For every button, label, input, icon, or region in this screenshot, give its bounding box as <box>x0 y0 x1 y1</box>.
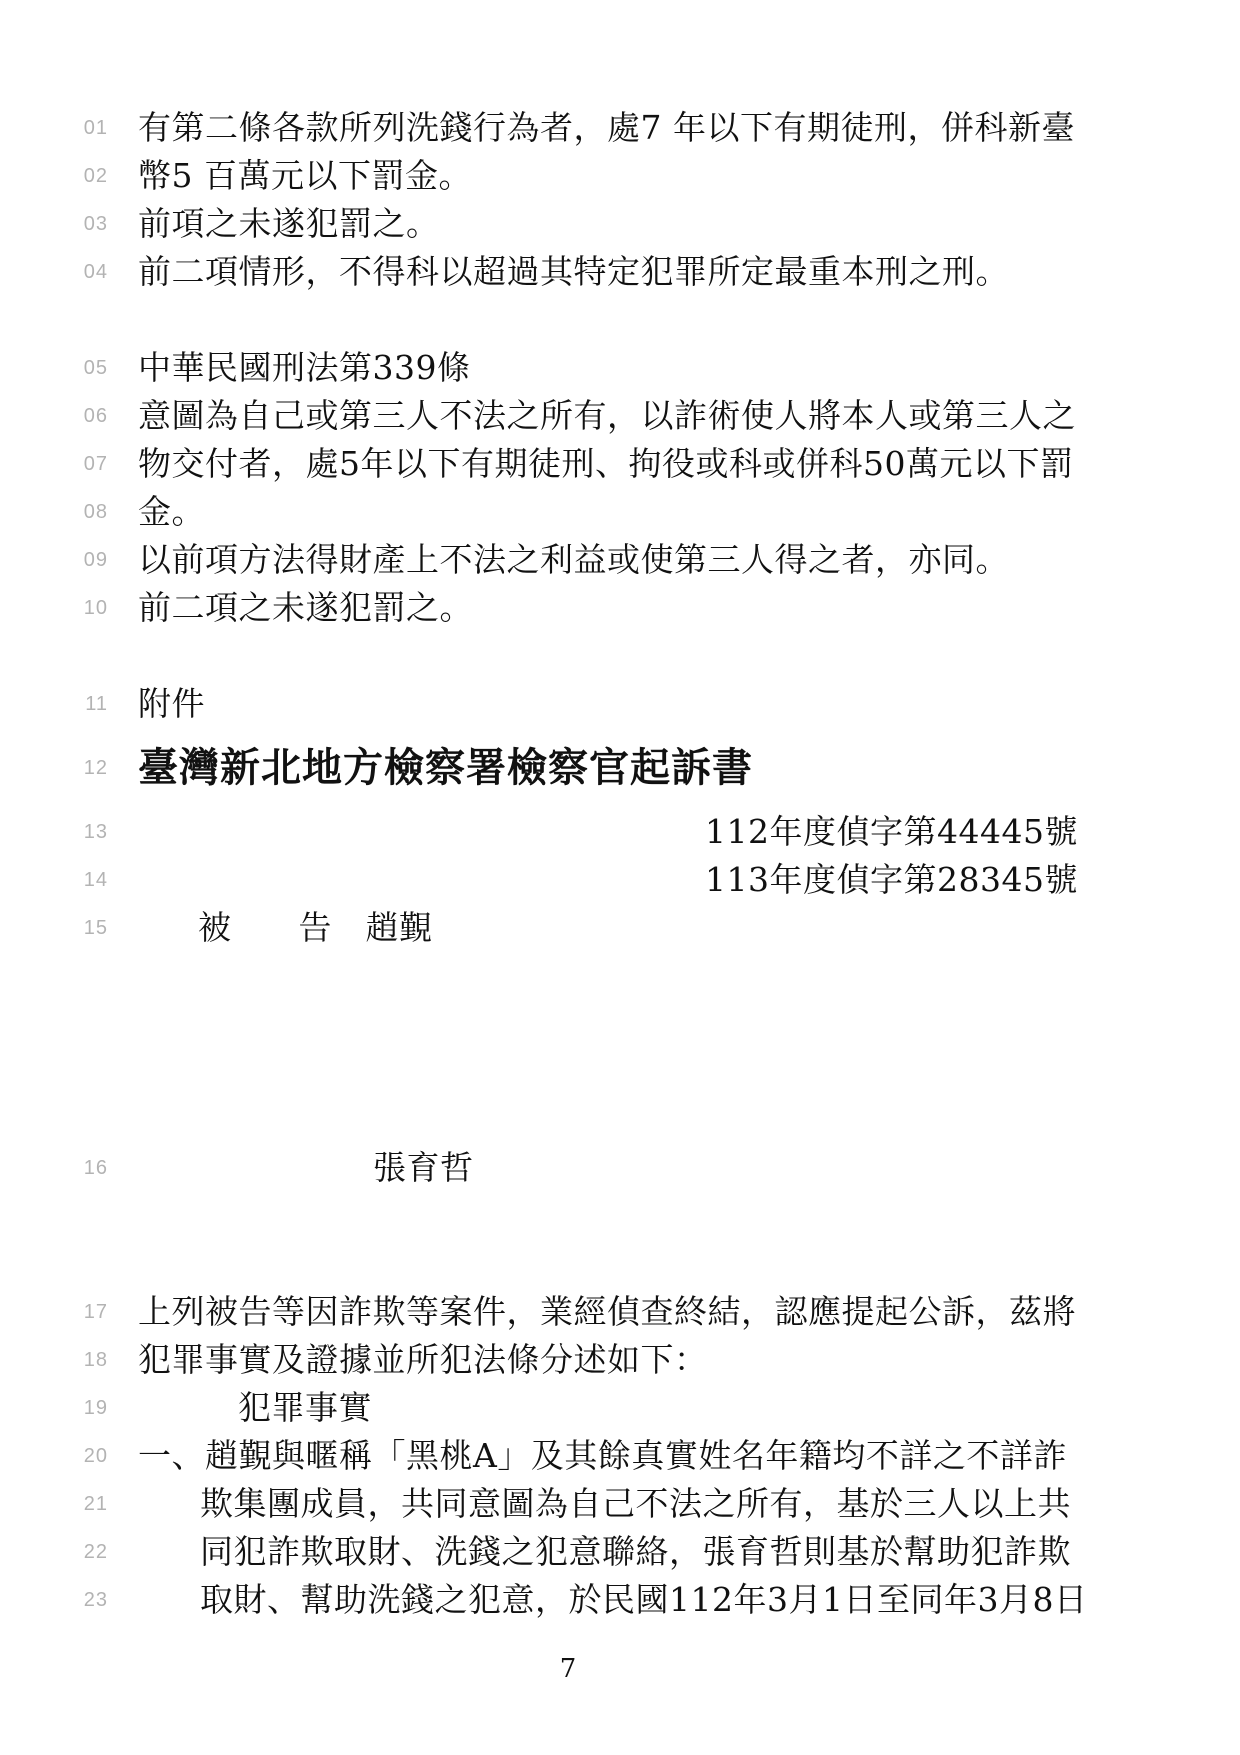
blank-line <box>0 1048 1240 1096</box>
line-text: 前項之未遂犯罰之。 <box>138 200 1078 248</box>
line-number: 09 <box>0 549 108 572</box>
document-line: 09以前項方法得財產上不法之利益或使第三人得之者，亦同。 <box>0 536 1240 584</box>
line-number: 11 <box>0 693 108 716</box>
line-number: 04 <box>0 261 108 284</box>
document-line: 11附件 <box>0 680 1240 728</box>
blank-line <box>0 296 1240 344</box>
line-number: 16 <box>0 1157 108 1180</box>
line-number: 14 <box>0 869 108 892</box>
line-number: 17 <box>0 1301 108 1324</box>
line-text: 上列被告等因詐欺等案件，業經偵查終結，認應提起公訴，茲將 <box>138 1288 1078 1336</box>
line-number: 10 <box>0 597 108 620</box>
line-number: 12 <box>0 757 108 780</box>
document-line: 16張育哲 <box>0 1144 1240 1192</box>
line-text: 中華民國刑法第339條 <box>138 344 1078 392</box>
line-text: 物交付者，處5年以下有期徒刑、拘役或科或併科50萬元以下罰 <box>138 440 1078 488</box>
line-text: 前二項之未遂犯罰之。 <box>138 584 1078 632</box>
line-text: 幣5 百萬元以下罰金。 <box>138 152 1078 200</box>
line-text: 有第二條各款所列洗錢行為者，處7 年以下有期徒刑，併科新臺 <box>138 104 1078 152</box>
document-line: 17上列被告等因詐欺等案件，業經偵查終結，認應提起公訴，茲將 <box>0 1288 1240 1336</box>
line-text: 臺灣新北地方檢察署檢察官起訴書 <box>138 728 1078 808</box>
document-line: 07物交付者，處5年以下有期徒刑、拘役或科或併科50萬元以下罰 <box>0 440 1240 488</box>
document-line: 15被 告 趙覲 <box>0 904 1240 952</box>
document-line: 01有第二條各款所列洗錢行為者，處7 年以下有期徒刑，併科新臺 <box>0 104 1240 152</box>
document-line: 08金。 <box>0 488 1240 536</box>
document-line: 03前項之未遂犯罰之。 <box>0 200 1240 248</box>
line-text: 被 告 趙覲 <box>138 904 1078 952</box>
document-line: 20一、趙覲與暱稱「黑桃A」及其餘真實姓名年籍均不詳之不詳詐 <box>0 1432 1240 1480</box>
line-number: 06 <box>0 405 108 428</box>
line-text: 113年度偵字第28345號 <box>138 856 1078 904</box>
line-text: 張育哲 <box>138 1144 1078 1192</box>
line-text: 112年度偵字第44445號 <box>138 808 1078 856</box>
line-number: 21 <box>0 1493 108 1516</box>
document-line: 18犯罪事實及證據並所犯法條分述如下： <box>0 1336 1240 1384</box>
blank-line <box>0 632 1240 680</box>
line-number: 01 <box>0 117 108 140</box>
line-number: 23 <box>0 1589 108 1612</box>
line-text: 同犯詐欺取財、洗錢之犯意聯絡，張育哲則基於幫助犯詐欺 <box>138 1528 1078 1576</box>
document-line: 22同犯詐欺取財、洗錢之犯意聯絡，張育哲則基於幫助犯詐欺 <box>0 1528 1240 1576</box>
blank-line <box>0 1096 1240 1144</box>
document-line: 14113年度偵字第28345號 <box>0 856 1240 904</box>
line-text: 金。 <box>138 488 1078 536</box>
line-number: 13 <box>0 821 108 844</box>
document-line: 04前二項情形，不得科以超過其特定犯罪所定最重本刑之刑。 <box>0 248 1240 296</box>
line-text: 意圖為自己或第三人不法之所有，以詐術使人將本人或第三人之 <box>138 392 1078 440</box>
document-lines: 01有第二條各款所列洗錢行為者，處7 年以下有期徒刑，併科新臺02幣5 百萬元以… <box>0 0 1240 1624</box>
line-number: 18 <box>0 1349 108 1372</box>
document-line: 21欺集團成員，共同意圖為自己不法之所有，基於三人以上共 <box>0 1480 1240 1528</box>
line-number: 22 <box>0 1541 108 1564</box>
document-line: 05中華民國刑法第339條 <box>0 344 1240 392</box>
line-text: 犯罪事實及證據並所犯法條分述如下： <box>138 1336 1078 1384</box>
line-number: 02 <box>0 165 108 188</box>
document-line: 02幣5 百萬元以下罰金。 <box>0 152 1240 200</box>
document-line: 13112年度偵字第44445號 <box>0 808 1240 856</box>
line-number: 03 <box>0 213 108 236</box>
line-number: 20 <box>0 1445 108 1468</box>
line-text: 一、趙覲與暱稱「黑桃A」及其餘真實姓名年籍均不詳之不詳詐 <box>138 1432 1078 1480</box>
document-line: 12臺灣新北地方檢察署檢察官起訴書 <box>0 728 1240 808</box>
document-page: 01有第二條各款所列洗錢行為者，處7 年以下有期徒刑，併科新臺02幣5 百萬元以… <box>0 0 1240 1755</box>
line-number: 05 <box>0 357 108 380</box>
blank-line <box>0 1000 1240 1048</box>
line-number: 19 <box>0 1397 108 1420</box>
line-text: 欺集團成員，共同意圖為自己不法之所有，基於三人以上共 <box>138 1480 1078 1528</box>
document-line: 10前二項之未遂犯罰之。 <box>0 584 1240 632</box>
blank-line <box>0 1240 1240 1288</box>
line-text: 附件 <box>138 680 1078 728</box>
line-text: 以前項方法得財產上不法之利益或使第三人得之者，亦同。 <box>138 536 1078 584</box>
document-line: 23取財、幫助洗錢之犯意，於民國112年3月1日至同年3月8日 <box>0 1576 1240 1624</box>
document-line: 19犯罪事實 <box>0 1384 1240 1432</box>
blank-line <box>0 1192 1240 1240</box>
line-number: 15 <box>0 917 108 940</box>
line-number: 07 <box>0 453 108 476</box>
line-text: 犯罪事實 <box>138 1384 1078 1432</box>
document-line: 06意圖為自己或第三人不法之所有，以詐術使人將本人或第三人之 <box>0 392 1240 440</box>
line-text: 取財、幫助洗錢之犯意，於民國112年3月1日至同年3月8日 <box>138 1576 1078 1624</box>
line-text: 前二項情形，不得科以超過其特定犯罪所定最重本刑之刑。 <box>138 248 1078 296</box>
blank-line <box>0 952 1240 1000</box>
page-number: 7 <box>138 1654 998 1684</box>
line-number: 08 <box>0 501 108 524</box>
